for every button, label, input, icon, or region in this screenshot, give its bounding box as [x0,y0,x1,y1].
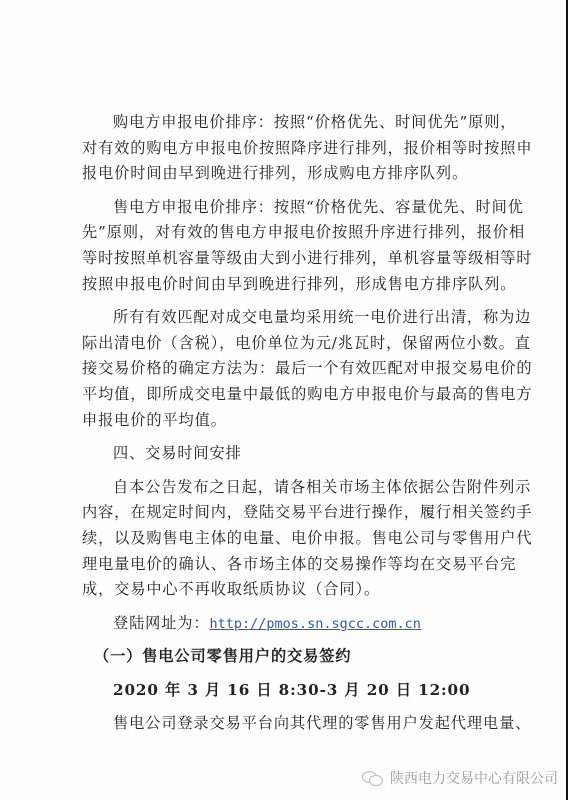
login-label: 登陆网址为： [113,614,210,632]
text-line: 售电公司登录交易平台向其代理的零售用户发起代理电量、 [82,711,494,737]
paragraph-clearing-price: 所有有效匹配对成交电量均采用统一电价进行出清，称为边 际出清电价（含税），电价单… [82,305,494,433]
text-line: 成，交易中心不再收取纸质协议（合同）。 [82,577,494,603]
text-line: 对有效的购电方申报电价按照降序进行排列，报价相等时按照申 [82,136,494,162]
time-range: 2020 年 3 月 16 日 8:30-3 月 20 日 12:00 [82,678,494,704]
paragraph-buyer-ranking: 购电方申报电价排序：按照“价格优先、时间优先”原则， 对有效的购电方申报电价按照… [82,110,494,187]
paragraph-signing: 售电公司登录交易平台向其代理的零售用户发起代理电量、 [82,711,494,737]
paragraph-seller-ranking: 售电方申报电价排序：按照“价格优先、容量优先、时间优 先”原则，对有效的售电方申… [82,195,494,297]
text-line: 续，以及购售电主体的电量、电价申报。售电公司与零售用户代 [82,526,494,552]
text-line: 理电量电价的确认、各市场主体的交易操作等均在交易平台完 [82,552,494,578]
text-line: 先”原则，对有效的售电方申报电价按照升序进行排列，报价相 [82,220,494,246]
paragraph-schedule: 自本公告发布之日起，请各相关市场主体依据公告附件列示 内容，在规定时间内，登陆交… [82,475,494,603]
text-line: 际出清电价（含税），电价单位为元/兆瓦时，保留两位小数。直 [82,331,494,357]
text-line: 售电方申报电价排序：按照“价格优先、容量优先、时间优 [82,195,494,221]
text-line: 接交易价格的确定方法为：最后一个有效匹配对申报交易电价的 [82,356,494,382]
text-line: 内容，在规定时间内，登陆交易平台进行操作，履行相关签约手 [82,500,494,526]
text-line: 申报电价的平均值。 [82,408,494,434]
text-line: 所有有效匹配对成交电量均采用统一电价进行出清，称为边 [82,305,494,331]
text-line: 购电方申报电价排序：按照“价格优先、时间优先”原则， [82,110,494,136]
login-url-link[interactable]: http://pmos.sn.sgcc.com.cn [210,616,421,632]
subsection-heading: （一）售电公司零售用户的交易签约 [82,644,494,670]
login-line: 登陆网址为：http://pmos.sn.sgcc.com.cn [82,611,494,637]
text-line: 自本公告发布之日起，请各相关市场主体依据公告附件列示 [82,475,494,501]
section-heading: 四、交易时间安排 [82,441,494,467]
watermark-text: 陕西电力交易中心有限公司 [390,768,558,788]
text-line: 等时按照单机容量等级由大到小进行排列，单机容量等级相等时 [82,246,494,272]
text-line: 平均值，即所成交电量中最低的购电方申报电价与最高的售电方 [82,382,494,408]
text-line: 报电价时间由早到晚进行排列，形成购电方排序队列。 [82,161,494,187]
text-line: 按照申报电价时间由早到晚进行排列，形成售电方排序队列。 [82,272,494,298]
document-page: 购电方申报电价排序：按照“价格优先、时间优先”原则， 对有效的购电方申报电价按照… [82,110,494,737]
watermark: 陕西电力交易中心有限公司 [362,768,558,788]
wechat-icon [362,770,384,786]
